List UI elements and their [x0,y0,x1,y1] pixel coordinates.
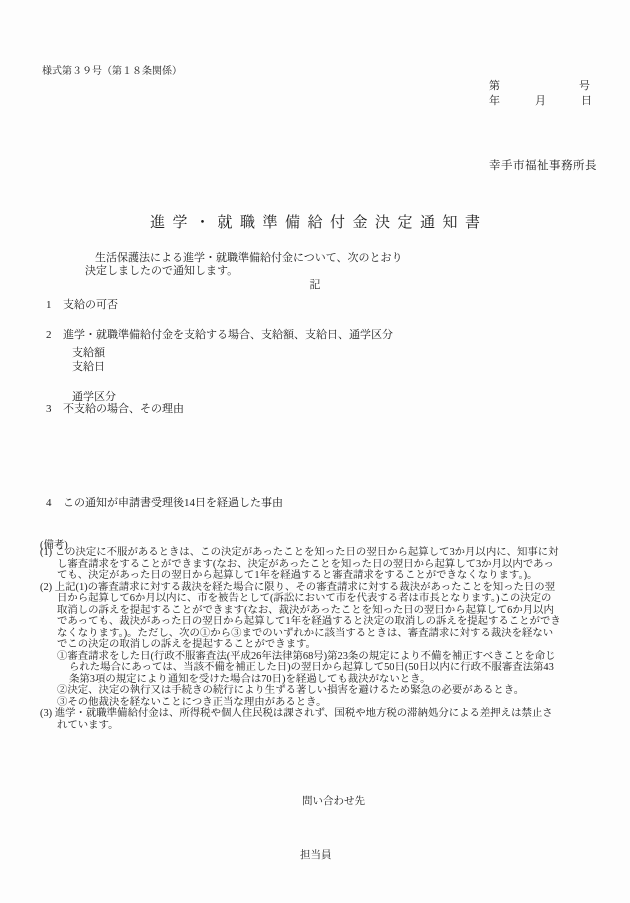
list-item-text: 不支給の場合、その理由 [63,403,184,415]
remarks-line: でこの決定の取消しの訴えを提起することができます。 [57,639,615,651]
date-month-label: 月 [535,92,546,108]
date-line: 年 月 日 [489,92,592,108]
remarks-line: ③その他裁決を経ないことにつき正当な理由があるとき。 [57,697,615,709]
date-day-label: 日 [581,92,592,108]
remarks-line: (1) この決定に不服があるときは、この決定があったことを知った日の翌日から起算… [40,547,615,559]
remarks-line: 取消しの訴えを提起することができます(なお、裁決があったことを知った日の翌日から… [57,605,615,617]
remarks-line: ②決定、決定の執行又は手続きの続行により生ずる著しい損害を避けるため緊急の必要が… [57,685,615,697]
list-item-text: 支給の可否 [63,299,118,311]
remarks-line: られた場合にあっては、当該不備を補正した日)の翌日から起算して50日(50日以内… [69,662,615,674]
remarks-line: (2) 上記(1)の審査請求に対する裁決を経た場合に限り、その審査請求に対する裁… [40,582,615,594]
list-item-number: 2 [46,329,63,341]
list-item-2: 2進学・就職準備給付金を支給する場合、支給額、支給日、通学区分 [46,326,393,342]
remarks-line: 条第3項の規定により通知を受けた場合は70日)を経過しても裁決がないとき。 [69,674,615,686]
staff-label: 担当員 [300,847,332,862]
remarks-block: (1) この決定に不服があるときは、この決定があったことを知った日の翌日から起算… [40,547,615,731]
list-item-number: 4 [46,497,63,509]
contact-label: 問い合わせ先 [302,793,365,808]
list-item-4: 4この通知が申請書受理後14日を経過した事由 [46,494,283,510]
list-item-text: 進学・就職準備給付金を支給する場合、支給額、支給日、通学区分 [63,329,393,341]
doc-number-suffix: 号 [579,77,590,93]
remarks-line: 日から起算して6か月以内に、市を被告として(訴訟において市を代表する者は市長とな… [57,593,615,605]
remarks-line: ①審査請求をした日(行政不服審査法(平成26年法律第68号)第23条の規定により… [57,651,615,663]
remarks-line: し審査請求をすることができます(なお、決定があったことを知った日の翌日から起算し… [57,559,615,571]
list-item-3: 3不支給の場合、その理由 [46,400,184,416]
remarks-line: れています。 [57,720,615,732]
list-item-text: この通知が申請書受理後14日を経過した事由 [63,497,283,509]
sub-item-payment-date: 支給日 [72,358,105,374]
form-number: 様式第３９号（第１８条関係） [42,62,182,77]
sender-name: 幸手市福祉事務所長 [489,157,597,173]
remarks-line: であっても、裁決があった日の翌日から起算して1年を経過すると決定の取消しの訴えを… [57,616,615,628]
doc-number-prefix: 第 [489,77,500,93]
date-year-label: 年 [489,92,500,108]
document-page: 様式第３９号（第１８条関係） 第 号 年 月 日 幸手市福祉事務所長 進学・就職… [0,0,630,903]
ki-marker: 記 [0,276,630,292]
remarks-line: (3) 進学・就職準備給付金は、所得税や個人住民税は課されず、国税や地方税の滞納… [40,708,615,720]
list-item-number: 1 [46,299,63,311]
remarks-line: なくなります。)。ただし、次の①から③までのいずれかに該当するときは、審査請求に… [57,628,615,640]
document-title: 進学・就職準備給付金決定通知書 [0,211,630,232]
document-number-line: 第 号 [489,77,590,93]
list-item-1: 1支給の可否 [46,296,118,312]
remarks-line: ても、決定があった日の翌日から起算して1年を経過すると審査請求をすることができな… [57,570,615,582]
list-item-number: 3 [46,403,63,415]
